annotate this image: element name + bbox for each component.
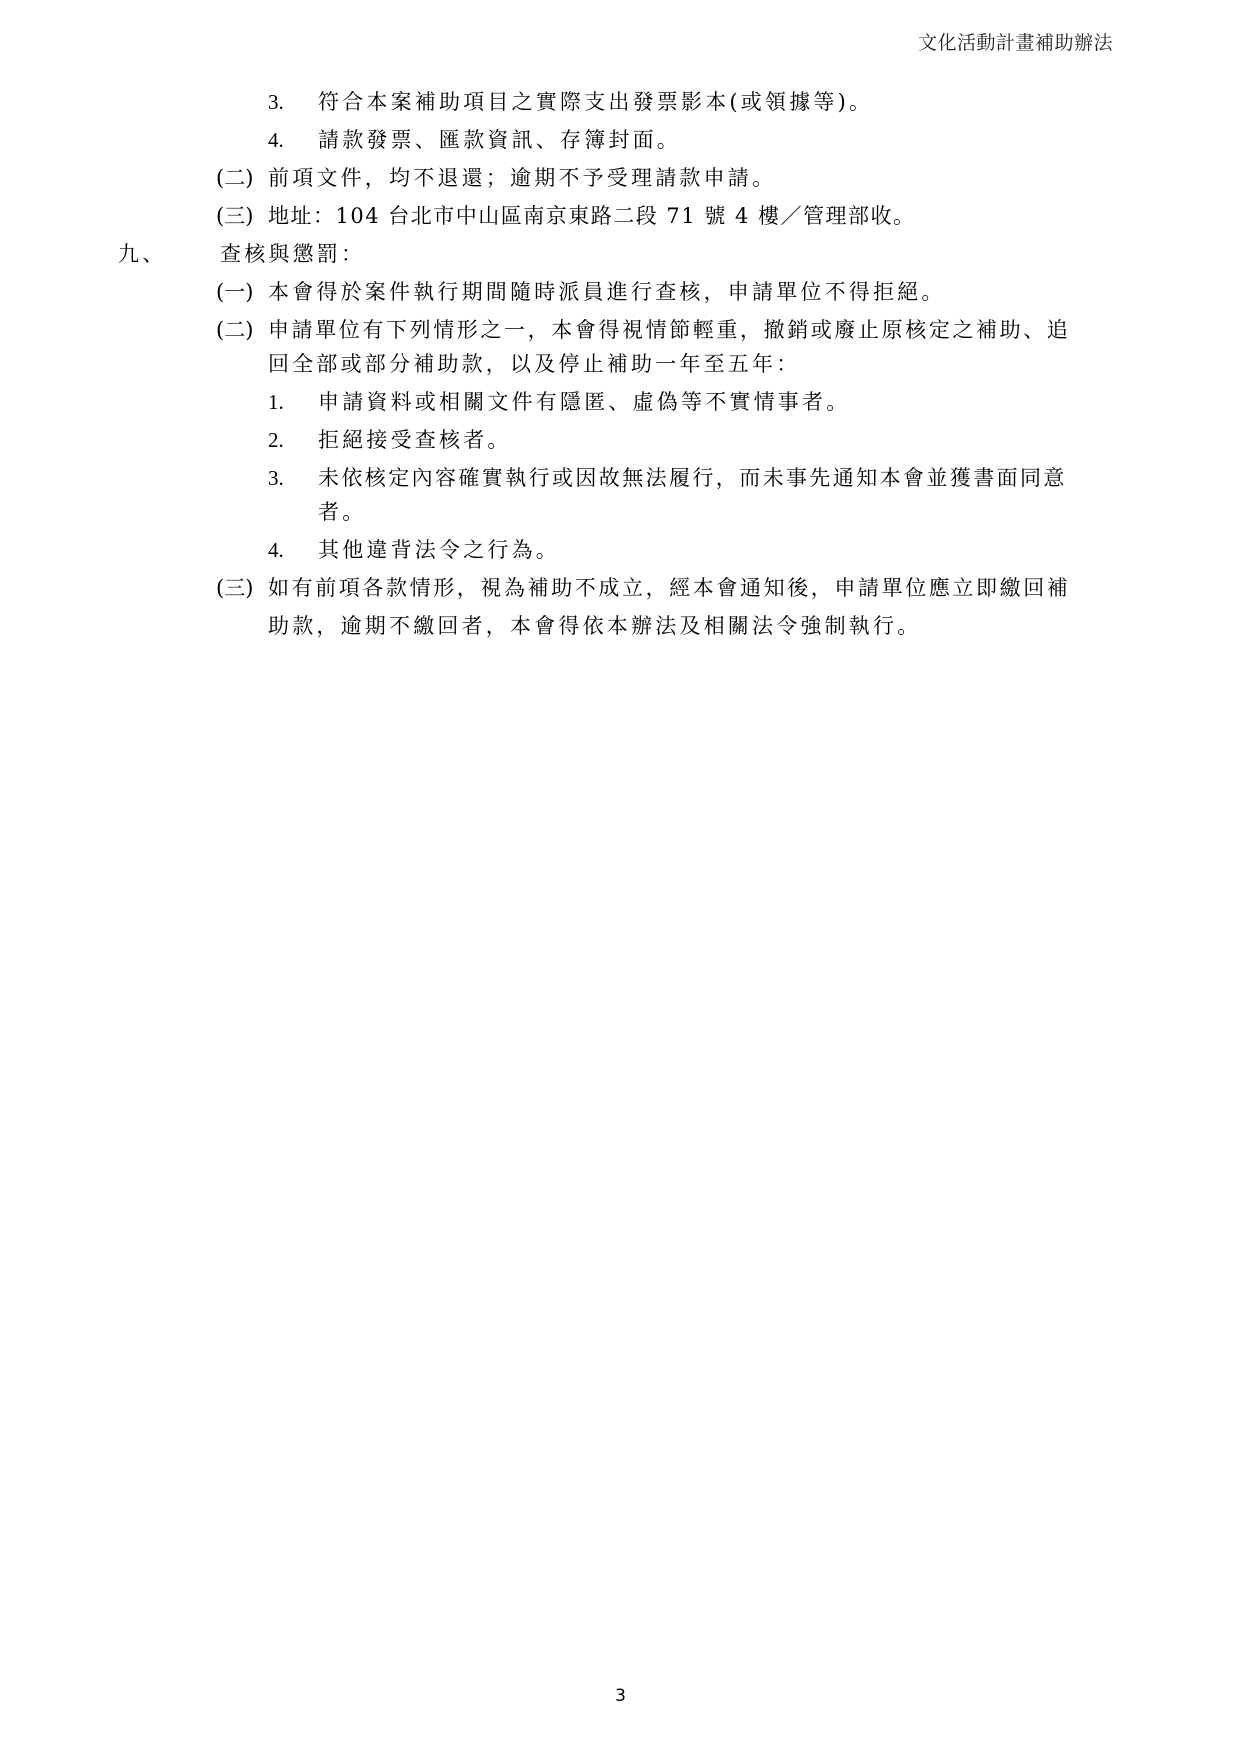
subsection-text: 前項文件，均不退還；逾期不予受理請款申請。: [268, 164, 776, 192]
list-item-text: 申請資料或相關文件有隱匿、虛偽等不實情事者。: [318, 388, 850, 416]
item-number: 1.: [268, 388, 284, 416]
list-item-text: 請款發票、匯款資訊、存簿封面。: [318, 126, 681, 154]
subsection-text: 地址：104 台北市中山區南京東路二段 71 號 4 樓／管理部收。: [268, 202, 916, 230]
item-number: 2.: [268, 426, 284, 454]
subsection-marker: (一): [216, 278, 253, 306]
subsection-marker: (三): [216, 574, 253, 602]
section-marker: 九、: [118, 240, 166, 268]
subsection-text: 如有前項各款情形，視為補助不成立，經本會通知後，申請單位應立即繳回補: [268, 574, 1070, 602]
section-title: 查核與懲罰：: [220, 240, 365, 268]
subsection-text: 本會得於案件執行期間隨時派員進行查核，申請單位不得拒絕。: [268, 278, 946, 306]
item-marker: 3.: [268, 88, 284, 116]
list-item-text: 未依核定內容確實執行或因故無法履行，而未事先通知本會並獲書面同意: [318, 464, 1067, 492]
subsection-marker: (三): [216, 202, 253, 230]
page-header-title: 文化活動計畫補助辦法: [918, 28, 1113, 55]
item-marker: 4.: [268, 536, 284, 564]
item-marker: 3.: [268, 464, 284, 492]
list-item-text: 拒絕接受查核者。: [318, 426, 512, 454]
subsection-marker: (二): [216, 316, 253, 344]
subsection-marker: (二): [216, 164, 253, 192]
list-item: 3.: [268, 88, 284, 116]
item-marker: 2.: [268, 426, 284, 454]
page-number: 3: [0, 1686, 1241, 1706]
item-marker: 1.: [268, 388, 284, 416]
list-item: 4.: [268, 126, 284, 154]
subsection-text-continued: 回全部或部分補助款，以及停止補助一年至五年：: [268, 350, 800, 378]
list-item-text: 其他違背法令之行為。: [318, 536, 560, 564]
list-item-text-continued: 者。: [318, 498, 366, 526]
subsection-text: 申請單位有下列情形之一，本會得視情節輕重，撤銷或廢止原核定之補助、追: [268, 316, 1070, 344]
list-item-text: 符合本案補助項目之實際支出發票影本(或領據等)。: [318, 88, 873, 116]
item-number: 4.: [268, 536, 284, 564]
item-marker: 4.: [268, 126, 284, 154]
item-number: 3.: [268, 464, 284, 492]
subsection-text-continued: 助款，逾期不繳回者，本會得依本辦法及相關法令強制執行。: [268, 612, 921, 640]
